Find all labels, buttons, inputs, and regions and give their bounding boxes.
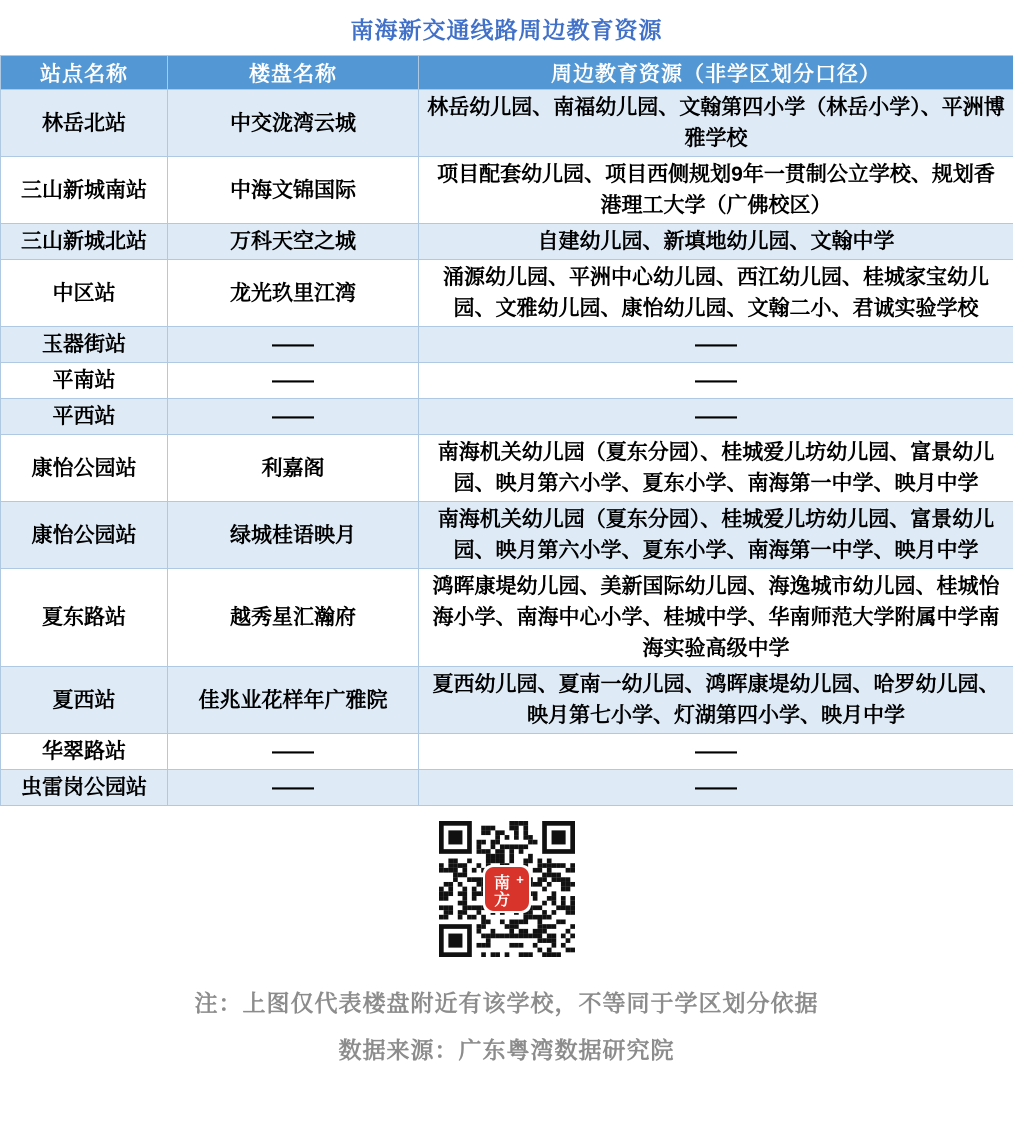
column-header-resources: 周边教育资源（非学区划分口径）: [419, 56, 1013, 90]
cell-resources: 涌源幼儿园、平洲中心幼儿园、西江幼儿园、桂城家宝幼儿园、文雅幼儿园、康怡幼儿园、…: [419, 260, 1013, 327]
cell-resources: 南海机关幼儿园（夏东分园）、桂城爱儿坊幼儿园、富景幼儿园、映月第六小学、夏东小学…: [419, 502, 1013, 569]
cell-resources: ——: [419, 363, 1013, 399]
cell-estate: 绿城桂语映月: [168, 502, 419, 569]
svg-text:南: 南: [493, 873, 509, 892]
cell-station: 三山新城北站: [1, 224, 168, 260]
table-row: 平西站————: [1, 399, 1013, 435]
cell-station: 三山新城南站: [1, 157, 168, 224]
cell-resources: 南海机关幼儿园（夏东分园）、桂城爱儿坊幼儿园、富景幼儿园、映月第六小学、夏东小学…: [419, 435, 1013, 502]
table-row: 玉器街站————: [1, 327, 1013, 363]
page-title: 南海新交通线路周边教育资源: [0, 0, 1013, 55]
table-header-row: 站点名称 楼盘名称 周边教育资源（非学区划分口径）: [1, 56, 1013, 90]
column-header-station: 站点名称: [1, 56, 168, 90]
footer-source: 数据来源：广东粤湾数据研究院: [0, 1032, 1013, 1065]
cell-estate: ——: [168, 770, 419, 806]
table-body: 林岳北站中交泷湾云城林岳幼儿园、南福幼儿园、文翰第四小学（林岳小学）、平洲博雅学…: [1, 90, 1013, 806]
cell-resources: 自建幼儿园、新填地幼儿园、文翰中学: [419, 224, 1013, 260]
table-row: 康怡公园站利嘉阁南海机关幼儿园（夏东分园）、桂城爱儿坊幼儿园、富景幼儿园、映月第…: [1, 435, 1013, 502]
cell-station: 康怡公园站: [1, 502, 168, 569]
footer-note: 注：上图仅代表楼盘附近有该学校，不等同于学区划分依据: [0, 985, 1013, 1018]
cell-estate: 万科天空之城: [168, 224, 419, 260]
table-row: 夏东路站越秀星汇瀚府鸿晖康堤幼儿园、美新国际幼儿园、海逸城市幼儿园、桂城怡海小学…: [1, 569, 1013, 667]
cell-resources: ——: [419, 327, 1013, 363]
cell-resources: 林岳幼儿园、南福幼儿园、文翰第四小学（林岳小学）、平洲博雅学校: [419, 90, 1013, 157]
cell-resources: 项目配套幼儿园、项目西侧规划9年一贯制公立学校、规划香港理工大学（广佛校区）: [419, 157, 1013, 224]
cell-resources: ——: [419, 734, 1013, 770]
qr-code: 南方+: [439, 821, 575, 957]
cell-estate: 龙光玖里江湾: [168, 260, 419, 327]
cell-station: 康怡公园站: [1, 435, 168, 502]
cell-station: 林岳北站: [1, 90, 168, 157]
table-row: 三山新城北站万科天空之城自建幼儿园、新填地幼儿园、文翰中学: [1, 224, 1013, 260]
table-row: 虫雷岗公园站————: [1, 770, 1013, 806]
cell-estate: ——: [168, 327, 419, 363]
cell-station: 华翠路站: [1, 734, 168, 770]
table-row: 三山新城南站中海文锦国际项目配套幼儿园、项目西侧规划9年一贯制公立学校、规划香港…: [1, 157, 1013, 224]
cell-station: 夏东路站: [1, 569, 168, 667]
cell-estate: ——: [168, 399, 419, 435]
cell-resources: 鸿晖康堤幼儿园、美新国际幼儿园、海逸城市幼儿园、桂城怡海小学、南海中心小学、桂城…: [419, 569, 1013, 667]
svg-text:方: 方: [493, 890, 509, 909]
cell-station: 平南站: [1, 363, 168, 399]
cell-estate: 利嘉阁: [168, 435, 419, 502]
cell-station: 虫雷岗公园站: [1, 770, 168, 806]
cell-station: 玉器街站: [1, 327, 168, 363]
table-row: 林岳北站中交泷湾云城林岳幼儿园、南福幼儿园、文翰第四小学（林岳小学）、平洲博雅学…: [1, 90, 1013, 157]
cell-estate: 中海文锦国际: [168, 157, 419, 224]
cell-resources: ——: [419, 399, 1013, 435]
table-row: 华翠路站————: [1, 734, 1013, 770]
table-row: 康怡公园站绿城桂语映月南海机关幼儿园（夏东分园）、桂城爱儿坊幼儿园、富景幼儿园、…: [1, 502, 1013, 569]
cell-estate: 越秀星汇瀚府: [168, 569, 419, 667]
table-row: 中区站龙光玖里江湾涌源幼儿园、平洲中心幼儿园、西江幼儿园、桂城家宝幼儿园、文雅幼…: [1, 260, 1013, 327]
cell-resources: ——: [419, 770, 1013, 806]
table-row: 平南站————: [1, 363, 1013, 399]
cell-estate: ——: [168, 734, 419, 770]
cell-estate: 佳兆业花样年广雅院: [168, 667, 419, 734]
table-row: 夏西站佳兆业花样年广雅院夏西幼儿园、夏南一幼儿园、鸿晖康堤幼儿园、哈罗幼儿园、映…: [1, 667, 1013, 734]
cell-estate: 中交泷湾云城: [168, 90, 419, 157]
column-header-estate: 楼盘名称: [168, 56, 419, 90]
cell-resources: 夏西幼儿园、夏南一幼儿园、鸿晖康堤幼儿园、哈罗幼儿园、映月第七小学、灯湖第四小学…: [419, 667, 1013, 734]
svg-text:+: +: [516, 872, 524, 887]
cell-station: 中区站: [1, 260, 168, 327]
cell-estate: ——: [168, 363, 419, 399]
cell-station: 夏西站: [1, 667, 168, 734]
education-resources-table: 站点名称 楼盘名称 周边教育资源（非学区划分口径） 林岳北站中交泷湾云城林岳幼儿…: [0, 55, 1013, 806]
cell-station: 平西站: [1, 399, 168, 435]
